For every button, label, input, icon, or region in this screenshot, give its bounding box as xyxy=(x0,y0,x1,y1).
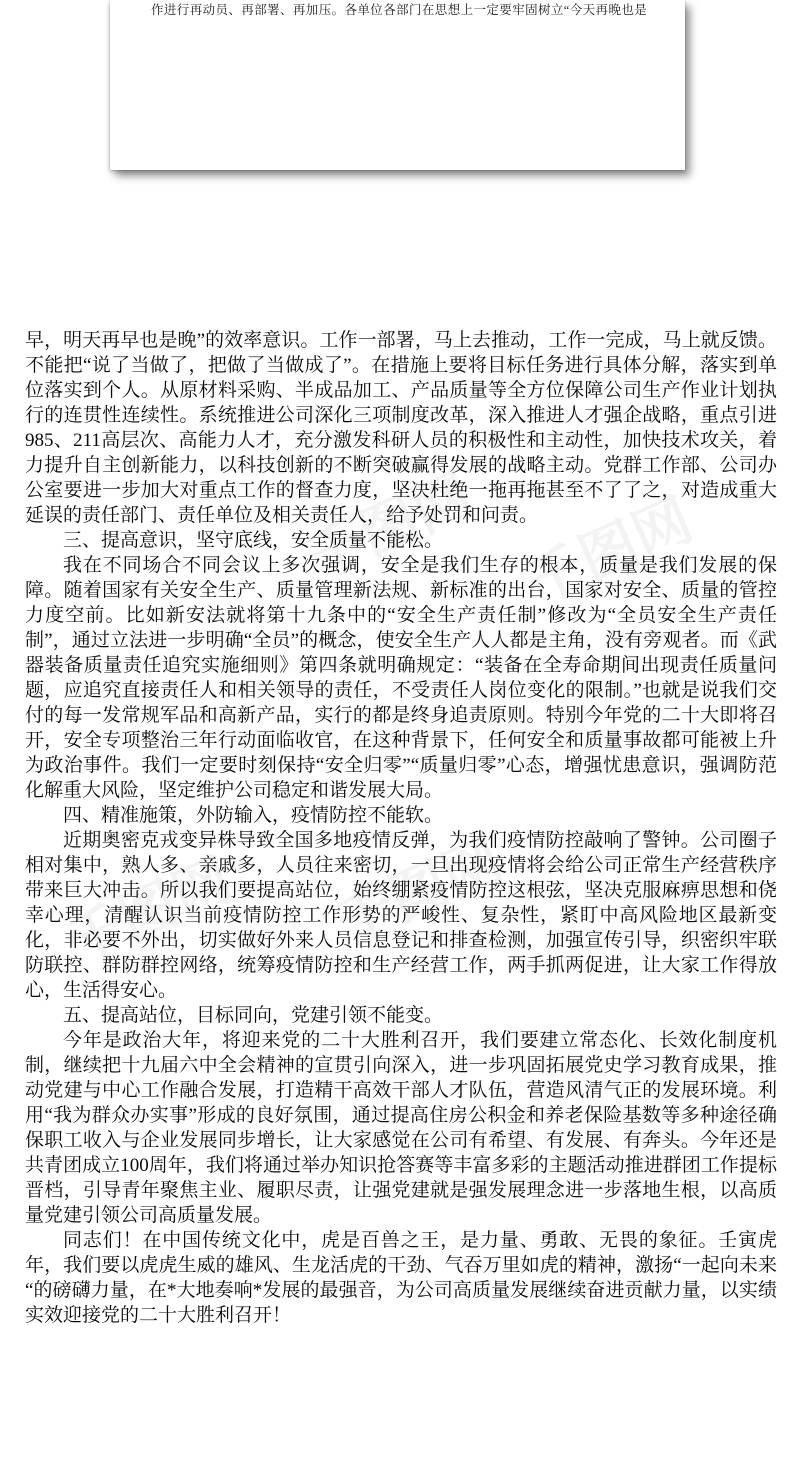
preview-card-text: 作进行再动员、再部署、再加压。各单位各部门在思想上一定要牢固树立“今天再晚也是 xyxy=(110,0,685,19)
preview-page-card: 作进行再动员、再部署、再加压。各单位各部门在思想上一定要牢固树立“今天再晚也是 xyxy=(110,0,685,170)
paragraph-section-5: 今年是政治大年，将迎来党的二十大胜利召开，我们要建立常态化、长效化制度机制，继续… xyxy=(25,1028,777,1228)
document-preview-page: { "page": { "background_color": "#ffffff… xyxy=(0,0,800,1482)
paragraph-continuation: 早，明天再早也是晚”的效率意识。工作一部署，马上去推动，工作一完成，马上就反馈。… xyxy=(25,328,777,528)
paragraph-section-4: 近期奥密克戎变异株导致全国多地疫情反弹，为我们疫情防控敲响了警钟。公司圈子相对集… xyxy=(25,828,777,1003)
document-body: 早，明天再早也是晚”的效率意识。工作一部署，马上去推动，工作一完成，马上就反馈。… xyxy=(25,328,777,1328)
paragraph-closing: 同志们！在中国传统文化中，虎是百兽之王，是力量、勇敢、无畏的象征。壬寅虎年，我们… xyxy=(25,1228,777,1328)
paragraph-section-3: 我在不同场合不同会议上多次强调，安全是我们生存的根本，质量是我们发展的保障。随着… xyxy=(25,553,777,803)
section-heading-3: 三、提高意识，坚守底线，安全质量不能松。 xyxy=(25,528,777,553)
section-heading-5: 五、提高站位，目标同向，党建引领不能变。 xyxy=(25,1003,777,1028)
section-heading-4: 四、精准施策，外防输入，疫情防控不能软。 xyxy=(25,803,777,828)
